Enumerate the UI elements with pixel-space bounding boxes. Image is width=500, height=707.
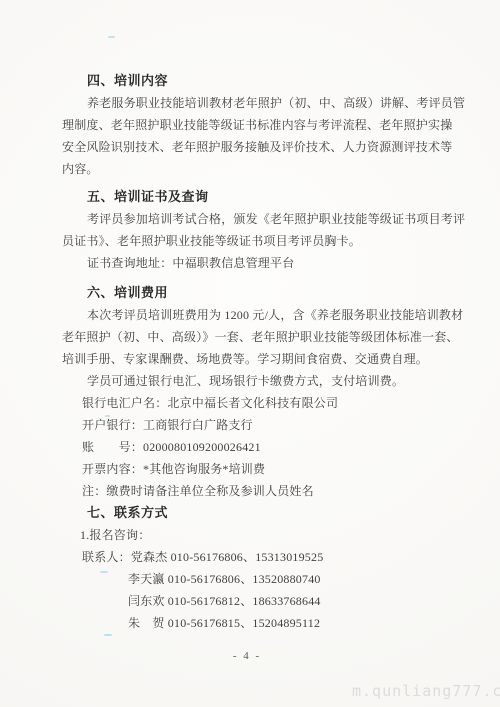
scan-artifact (100, 571, 108, 573)
certificate-query-line: 证书查询地址：中福职教信息管理平台 (62, 252, 448, 274)
body-line: 安全风险识别技术、老年照护服务接触及评价技术、人力资源测评技术等 (62, 136, 448, 158)
scan-artifact (104, 634, 112, 636)
body-line: 理制度、老年照护职业技能等级证书标准内容与考评流程、老年照护实操 (62, 114, 448, 136)
bank-account-name-line: 银行电汇户名：北京中福长者文化科技有限公司 (62, 392, 448, 414)
scan-artifact (105, 415, 110, 417)
section-heading-contact: 七、联系方式 (62, 502, 448, 524)
body-line: 内容。 (62, 158, 448, 180)
invoice-content-line: 开票内容：*其他咨询服务*培训费 (62, 458, 448, 480)
registration-inquiry-line: 1.报名咨询： (62, 524, 448, 546)
contact-line: 李天瀛 010-56176806、13520880740 (62, 568, 448, 590)
body-line: 培训手册、专家课酬费、场地费等。学习期间食宿费、交通费自理。 (62, 348, 448, 370)
section-heading-certificate: 五、培训证书及查询 (62, 186, 448, 208)
scan-artifact (108, 36, 115, 38)
payment-method-line: 学员可通过银行电汇、现场银行卡缴费方式，支付培训费。 (62, 370, 448, 392)
body-line: 养老服务职业技能培训教材老年照护（初、中、高级）讲解、考评员管 (62, 92, 448, 114)
document-content: 四、培训内容 养老服务职业技能培训教材老年照护（初、中、高级）讲解、考评员管 理… (62, 70, 448, 662)
bank-account-number-line: 账 号：0200080109200026421 (62, 436, 448, 458)
body-line: 考评员参加培训考试合格，颁发《老年照护职业技能等级证书项目考评 (62, 208, 448, 230)
payment-note-line: 注：缴费时请备注单位全称及参训人员姓名 (62, 480, 448, 502)
contact-line: 闫东欢 010-56176812、18633768644 (62, 590, 448, 612)
body-line: 员证书》、老年照护职业技能等级证书项目考评员胸卡。 (62, 230, 448, 252)
section-heading-training-content: 四、培训内容 (62, 70, 448, 92)
body-line: 本次考评员培训班费用为 1200 元/人，含《养老服务职业技能培训教材 (62, 304, 448, 326)
contact-line: 联系人：党森杰 010-56176806、15313019525 (62, 546, 448, 568)
watermark-text: m.qunliang777.com (352, 682, 500, 700)
page-number: - 4 - (54, 650, 440, 662)
body-line: 老年照护（初、中、高级）》一套、老年照护职业技能等级团体标准一套、 (62, 326, 448, 348)
document-page: 四、培训内容 养老服务职业技能培训教材老年照护（初、中、高级）讲解、考评员管 理… (0, 0, 500, 707)
section-heading-fees: 六、培训费用 (62, 282, 448, 304)
contact-line: 朱 贺 010-56176815、15204895112 (62, 612, 448, 634)
bank-branch-line: 开户银行：工商银行白广路支行 (62, 414, 448, 436)
